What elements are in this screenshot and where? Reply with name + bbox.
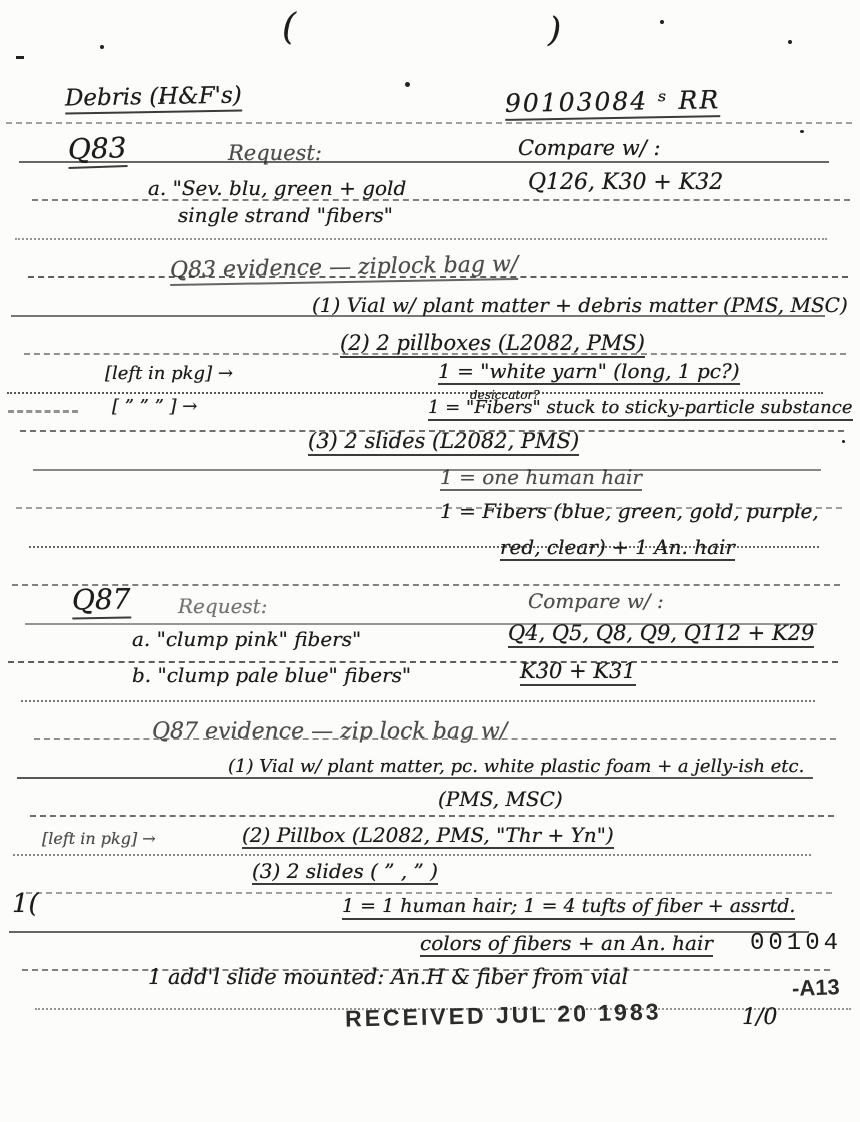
- margin-scribble: [8, 410, 78, 413]
- q87-left-in-pkg-note: [left in pkg] →: [42, 830, 156, 848]
- ruled-line: [13, 854, 811, 856]
- ruled-line: [12, 584, 840, 586]
- q87-compare-a: Q4, Q5, Q8, Q9, Q112 + K29: [508, 622, 814, 648]
- q87-evidence-item3: (3) 2 slides ( ” , ” ): [252, 860, 438, 885]
- q87-request-b: b. "clump pale blue" fibers": [132, 664, 411, 686]
- scanned-document-page: ( ) Debris (H&F's) 90103084 ˢ RR Q83 Req…: [0, 0, 860, 1122]
- ruled-line: [6, 122, 852, 124]
- ruled-line: [26, 892, 832, 894]
- speck: [788, 40, 792, 44]
- q87-evidence-heading: Q87 evidence — zip lock bag w/: [152, 720, 507, 744]
- q83-request-a-line1: a. "Sev. blu, green + gold: [148, 177, 406, 199]
- speck: [16, 56, 24, 59]
- speck: [405, 82, 410, 87]
- q83-evidence-item3: (3) 2 slides (L2082, PMS): [308, 430, 579, 456]
- q83-label: Q83: [67, 133, 127, 169]
- ruled-line: [19, 161, 829, 163]
- q87-slides-detail-line1: 1 = 1 human hair; 1 = 4 tufts of fiber +…: [342, 896, 795, 920]
- q83-evidence-item1: (1) Vial w/ plant matter + debris matter…: [312, 294, 848, 316]
- fold-mark-left: (: [282, 8, 296, 48]
- ruled-line: [33, 469, 821, 471]
- q83-ditto-bracket: [ ” ” ” ] →: [112, 397, 197, 417]
- speck: [660, 20, 664, 24]
- q87-evidence-item1-line1: (1) Vial w/ plant matter, pc. white plas…: [228, 757, 804, 777]
- q83-slide2-content-line2: red, clear) + 1 An. hair: [500, 536, 735, 561]
- q83-slide1-content: 1 = one human hair: [440, 466, 642, 491]
- q87-compare-b: K30 + K31: [520, 660, 636, 686]
- ruled-line: [15, 238, 827, 240]
- q87-slides-detail-line2: colors of fibers + an An. hair: [420, 932, 713, 957]
- q83-pillbox2-content: 1 = "Fibers" stuck to sticky-particle su…: [428, 398, 853, 421]
- q87-request-a: a. "clump pink" fibers": [132, 628, 361, 650]
- q87-addl-slide-note: 1 add'l slide mounted: An.H & fiber from…: [148, 966, 628, 989]
- ruled-line: [7, 392, 823, 394]
- q83-request-a-line2: single strand "fibers": [178, 204, 393, 226]
- ruled-line: [21, 700, 815, 702]
- speck: [800, 130, 804, 133]
- q87-label: Q87: [72, 584, 131, 619]
- speck: [100, 45, 104, 49]
- q83-request-heading: Request:: [228, 142, 322, 165]
- speck: [842, 440, 845, 443]
- q83-evidence-item2: (2) 2 pillboxes (L2082, PMS): [340, 332, 645, 358]
- page-title: Debris (H&F's): [65, 83, 242, 114]
- page-number-stamp: 00104: [750, 930, 842, 957]
- ruled-line: [30, 815, 834, 817]
- a13-annotation: -A13: [792, 974, 841, 1002]
- q87-evidence-item1-line2: (PMS, MSC): [438, 788, 563, 810]
- q87-compare-heading: Compare w/ :: [528, 590, 664, 612]
- q83-evidence-heading: Q83 evidence — ziplock bag w/: [170, 253, 519, 286]
- q87-evidence-item2: (2) Pillbox (L2082, PMS, "Thr + Yn"): [242, 824, 614, 849]
- q83-compare-values: Q126, K30 + K32: [528, 171, 723, 195]
- q87-margin-mark: 1(: [12, 890, 39, 919]
- fold-mark-right: ): [548, 12, 561, 49]
- one-ten-annotation: 1/0: [742, 1006, 777, 1030]
- received-stamp: RECEIVED JUL 20 1983: [345, 998, 662, 1032]
- case-number: 90103084 ˢ RR: [505, 86, 721, 120]
- q83-slide2-content-line1: 1 = Fibers (blue, green, gold, purple,: [440, 500, 819, 522]
- q83-left-in-pkg-note: [left in pkg] →: [105, 364, 233, 384]
- q87-request-heading: Request:: [178, 595, 267, 617]
- q83-pillbox1-content: 1 = "white yarn" (long, 1 pc?): [438, 360, 740, 385]
- q83-compare-heading: Compare w/ :: [518, 137, 661, 160]
